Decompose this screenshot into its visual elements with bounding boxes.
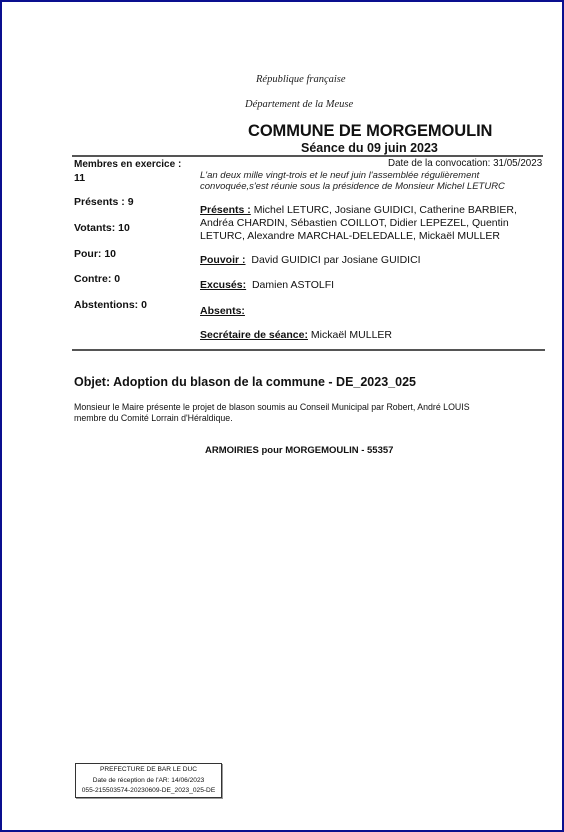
document-page: République française Département de la M… [0,0,564,832]
object-body-line-1: Monsieur le Maire présente le projet de … [74,402,470,412]
excused-label: Excusés: [200,279,246,291]
stamp-line-2: Date de réception de l'AR: 14/06/2023 [76,776,221,787]
present-list-line-1: Présents : Michel LETURC, Josiane GUIDIC… [200,204,517,216]
absent-label: Absents: [200,305,245,317]
absent-row: Absents: [200,305,245,317]
present-list-line-2: Andréa CHARDIN, Sébastien COILLOT, Didie… [200,217,509,229]
intro-line-1: L'an deux mille vingt-trois et le neuf j… [200,170,479,181]
proxy-value: David GUIDICI par Josiane GUIDICI [251,254,420,266]
proxy-label: Pouvoir : [200,254,246,266]
stamp-line-1: PREFECTURE DE BAR LE DUC [76,765,221,776]
prefecture-stamp: PREFECTURE DE BAR LE DUC Date de récepti… [75,763,222,798]
session-date: Séance du 09 juin 2023 [301,141,438,155]
excused-value: Damien ASTOLFI [252,279,334,291]
object-title: Objet: Adoption du blason de la commune … [74,375,416,389]
against-count: Contre: 0 [74,273,120,285]
secretary-label: Secrétaire de séance: [200,329,308,341]
intro-line-2: convoquée,s'est réunie sous la présidenc… [200,181,505,192]
object-body-line-2: membre du Comité Lorrain d'Héraldique. [74,413,233,423]
armoiries-heading: ARMOIRIES pour MORGEMOULIN - 55357 [205,445,393,456]
republic-heading: République française [256,74,346,85]
present-count: Présents : 9 [74,196,134,208]
bottom-divider [72,349,545,351]
excused-row: Excusés: Damien ASTOLFI [200,279,334,291]
members-label: Membres en exercice : [74,159,181,170]
proxy-row: Pouvoir : David GUIDICI par Josiane GUID… [200,254,421,266]
secretary-value: Mickaël MULLER [311,329,392,341]
secretary-row: Secrétaire de séance: Mickaël MULLER [200,329,392,341]
department-heading: Département de la Meuse [245,99,353,110]
present-label: Présents : [200,204,251,216]
for-count: Pour: 10 [74,248,116,260]
abstentions-count: Abstentions: 0 [74,299,147,311]
commune-title: COMMUNE DE MORGEMOULIN [248,122,492,141]
stamp-line-3: 055-215503574-20230609-DE_2023_025-DE [76,786,221,797]
top-divider [72,155,543,157]
present-list-line-3: LETURC, Alexandre MARCHAL-DELEDALLE, Mic… [200,230,500,242]
members-value: 11 [74,172,85,184]
convocation-date: Date de la convocation: 31/05/2023 [388,158,542,169]
voters-count: Votants: 10 [74,222,130,234]
